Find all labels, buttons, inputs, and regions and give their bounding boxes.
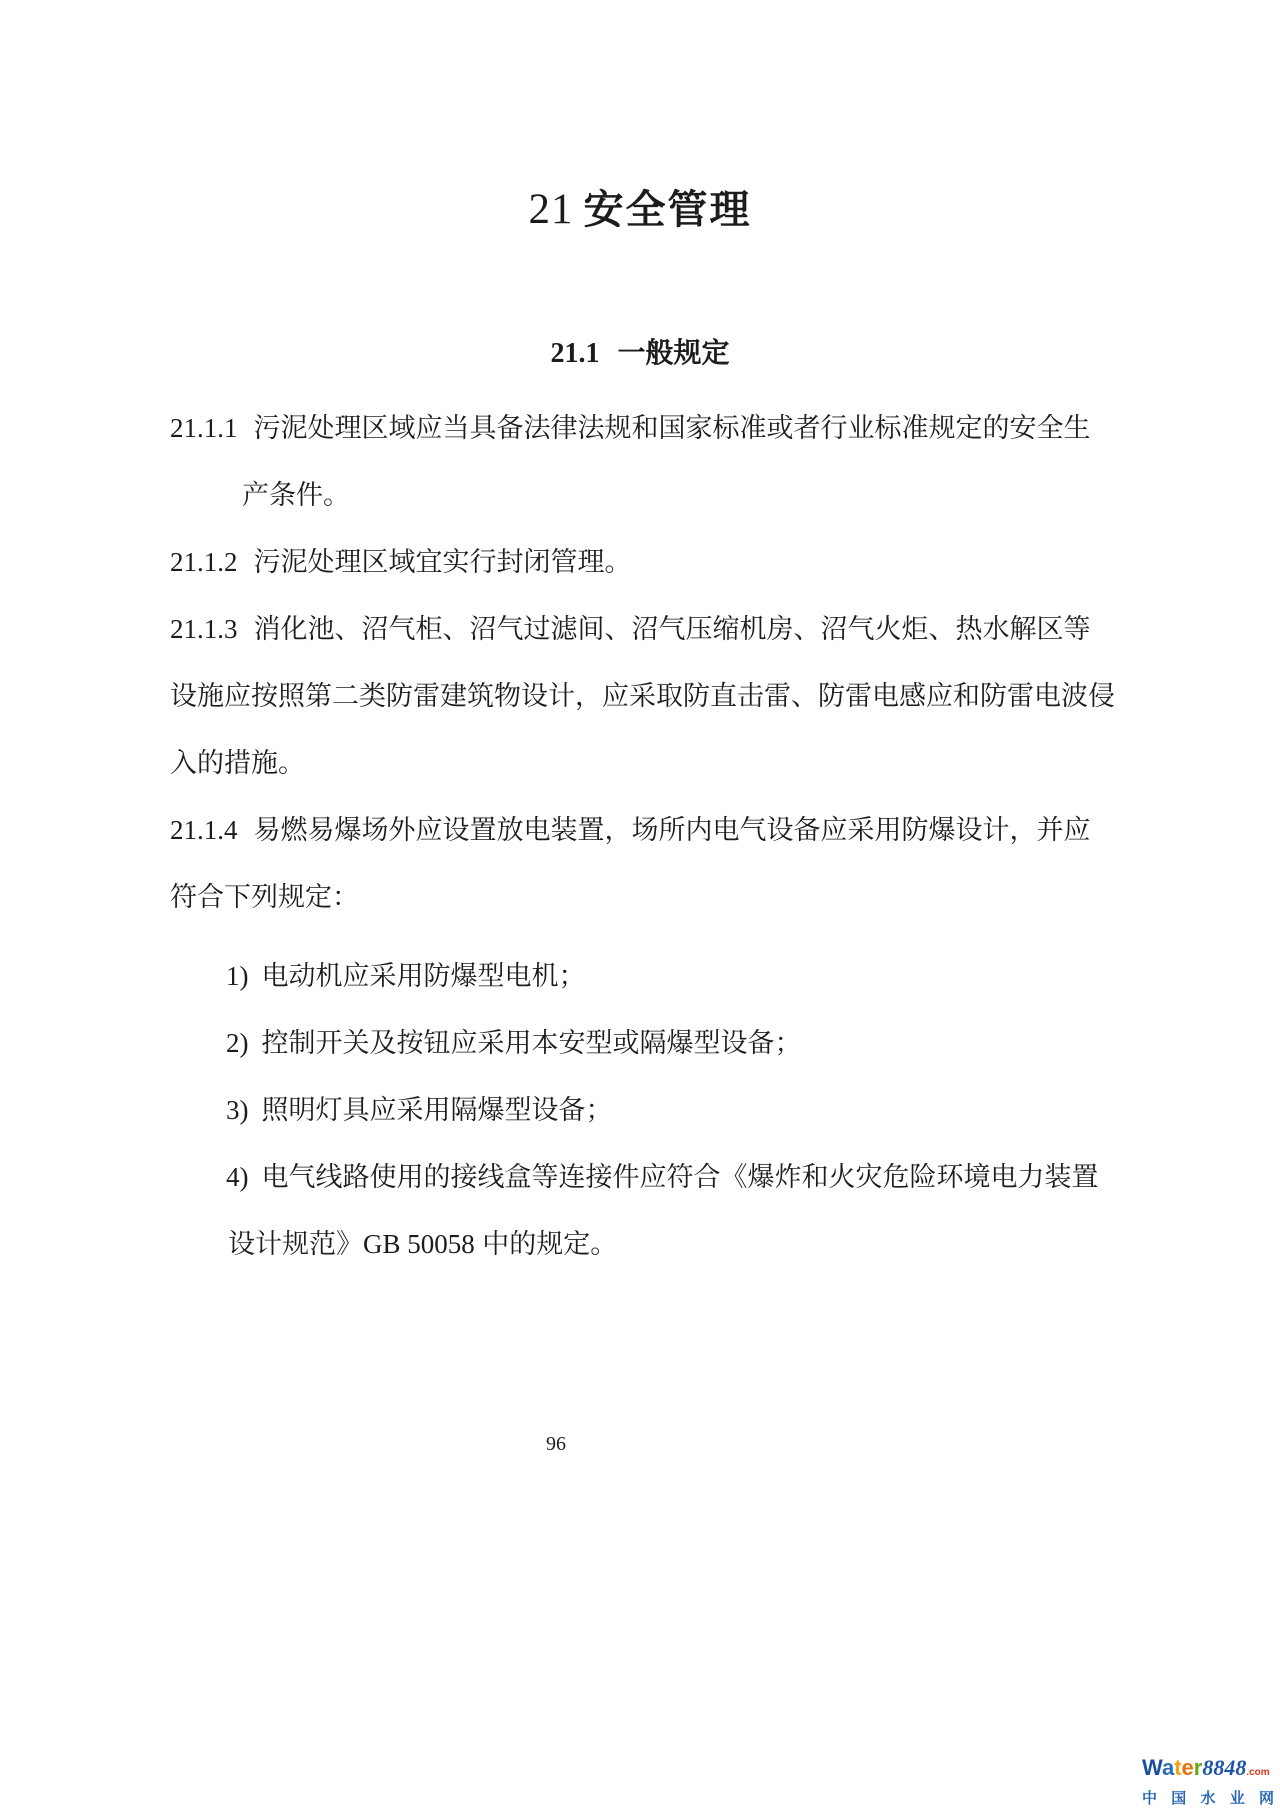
- clause-text: 污泥处理区域应当具备法律法规和国家标准或者行业标准规定的安全生: [254, 413, 1091, 443]
- clause-21-1-1-line-1: 21.1.1污泥处理区域应当具备法律法规和国家标准或者行业标准规定的安全生: [170, 395, 1100, 462]
- clause-21-1-4-line-2: 符合下列规定：: [170, 864, 1100, 931]
- list-item-number: 1): [226, 961, 249, 991]
- list-item-text: 电动机应采用防爆型电机；: [262, 961, 586, 991]
- list-item-number: 4): [226, 1162, 249, 1192]
- clause-21-1-3-line-3: 入的措施。: [170, 730, 1100, 797]
- watermark-brand-line: Water8848.com: [1142, 1756, 1274, 1785]
- clause-text: 设施应按照第二类防雷建筑物设计，应采取防直击雷、防雷电感应和防雷电波侵: [170, 681, 1115, 711]
- standard-code: GB 50058: [363, 1229, 475, 1259]
- clause-text: 符合下列规定：: [170, 882, 359, 912]
- clause-text: 污泥处理区域宜实行封闭管理。: [254, 547, 632, 577]
- list-item-4: 4)电气线路使用的接线盒等连接件应符合《爆炸和火灾危险环境电力装置: [170, 1144, 1100, 1211]
- watermark-brand-number: 8848: [1202, 1755, 1246, 1780]
- list-item-text: 电气线路使用的接线盒等连接件应符合《爆炸和火灾危险环境电力装置: [262, 1162, 1099, 1192]
- section-number: 21.1: [550, 338, 599, 369]
- watermark-brand-tld: .com: [1246, 1767, 1269, 1778]
- section-heading: 21.1一般规定: [0, 331, 1280, 371]
- clause-text: 产条件。: [242, 480, 350, 510]
- body-text: 21.1.1污泥处理区域应当具备法律法规和国家标准或者行业标准规定的安全生 产条…: [170, 395, 1100, 1278]
- clause-21-1-1-line-2: 产条件。: [170, 462, 1100, 529]
- watermark-tagline: 中国水业网: [1142, 1787, 1274, 1808]
- list-item-text: 控制开关及按钮应采用本安型或隔爆型设备；: [262, 1028, 802, 1058]
- watermark-logo: Water8848.com 中国水业网: [1142, 1756, 1274, 1808]
- page-number: 96: [0, 1433, 1112, 1456]
- numbered-list: 1)电动机应采用防爆型电机； 2)控制开关及按钮应采用本安型或隔爆型设备； 3)…: [170, 943, 1100, 1278]
- clause-number: 21.1.4: [170, 815, 238, 845]
- clause-text: 消化池、沼气柜、沼气过滤间、沼气压缩机房、沼气火炬、热水解区等: [254, 614, 1091, 644]
- list-item-number: 3): [226, 1095, 249, 1125]
- clause-number: 21.1.2: [170, 547, 238, 577]
- list-item-text: 照明灯具应采用隔爆型设备；: [262, 1095, 613, 1125]
- clause-number: 21.1.1: [170, 413, 238, 443]
- section-heading-text: 一般规定: [617, 337, 729, 368]
- watermark-brand-word: Water: [1142, 1755, 1202, 1780]
- list-item-3: 3)照明灯具应采用隔爆型设备；: [170, 1077, 1100, 1144]
- clause-text: 入的措施。: [170, 748, 305, 778]
- list-item-1: 1)电动机应采用防爆型电机；: [170, 943, 1100, 1010]
- clause-21-1-3-line-2: 设施应按照第二类防雷建筑物设计，应采取防直击雷、防雷电感应和防雷电波侵: [170, 663, 1100, 730]
- list-item-4-continuation: 设计规范》GB 50058 中的规定。: [170, 1211, 1100, 1278]
- chapter-title-text: 安全管理: [584, 188, 752, 232]
- clause-21-1-3-line-1: 21.1.3消化池、沼气柜、沼气过滤间、沼气压缩机房、沼气火炬、热水解区等: [170, 596, 1100, 663]
- clause-number: 21.1.3: [170, 614, 238, 644]
- list-item-text: 设计规范》: [228, 1229, 363, 1259]
- clause-text: 易燃易爆场外应设置放电装置，场所内电气设备应采用防爆设计，并应: [254, 815, 1091, 845]
- clause-21-1-2-line-1: 21.1.2污泥处理区域宜实行封闭管理。: [170, 529, 1100, 596]
- list-item-2: 2)控制开关及按钮应采用本安型或隔爆型设备；: [170, 1010, 1100, 1077]
- clause-21-1-4-line-1: 21.1.4易燃易爆场外应设置放电装置，场所内电气设备应采用防爆设计，并应: [170, 797, 1100, 864]
- list-item-text: 中的规定。: [475, 1229, 618, 1259]
- chapter-number: 21: [529, 186, 574, 233]
- chapter-title: 21安全管理: [0, 178, 1280, 235]
- list-item-number: 2): [226, 1028, 249, 1058]
